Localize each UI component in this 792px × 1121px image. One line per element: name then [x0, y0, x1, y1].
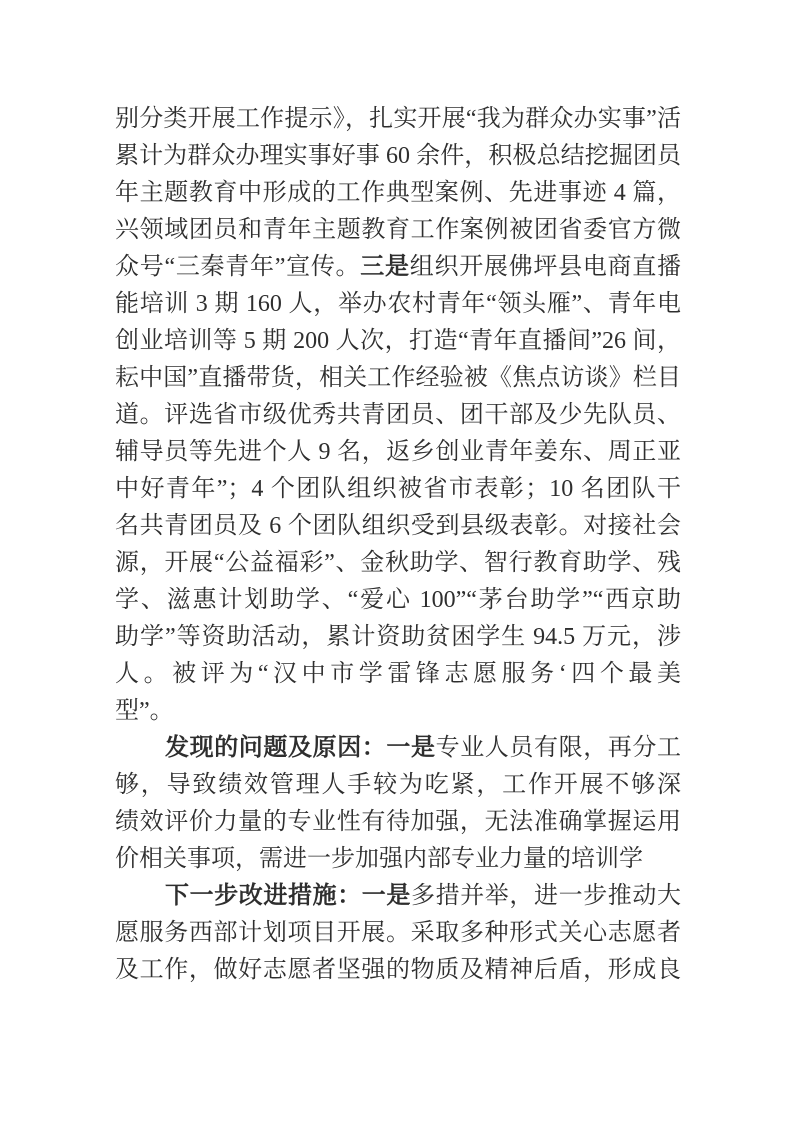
text-segment-bold: 发现的问题及原因：一是	[165, 735, 436, 761]
text-line: 价相关事项，需进一步加强内部专业力量的培训学习。	[115, 841, 681, 878]
text-line: 助学”等资助活动，累计资助贫困学生 94.5 万元，涉及 165	[115, 619, 681, 656]
text-segment: 中好青年”；4 个团队组织被省市表彰；10 名团队干部、10	[115, 476, 681, 508]
text-line: 愿服务西部计划项目开展。采取多种形式关心志愿者的生活	[115, 915, 681, 952]
text-line-section-problems: 发现的问题及原因：一是专业人员有限，再分工力度不	[115, 730, 681, 767]
text-segment: 源，开展“公益福彩”、金秋助学、智行教育助学、残疾人助	[115, 550, 681, 582]
text-line: 能培训 3 期 160 人，举办农村青年“领头雁”、青年电商培训、	[115, 286, 681, 323]
text-segment: 创业培训等 5 期 200 人次，打造“青年直播间”26 间，开展“青	[115, 328, 681, 360]
text-segment: 别分类开展工作提示》，扎实开展“我为群众办实事”活动，	[115, 106, 681, 138]
text-segment: 兴领域团员和青年主题教育工作案例被团省委官方微信公	[115, 217, 681, 249]
text-line: 年主题教育中形成的工作典型案例、先进事迹 4 篇，我县新	[115, 175, 681, 212]
text-line: 学、滋惠计划助学、“爱心 100”“茅台助学”“西京助学”“幻方	[115, 582, 681, 619]
text-line: 创业培训等 5 期 200 人次，打造“青年直播间”26 间，开展“青	[115, 323, 681, 360]
document-page: 别分类开展工作提示》，扎实开展“我为群众办实事”活动， 累计为群众办理实事好事 …	[0, 0, 792, 1121]
text-segment: 够，导致绩效管理人手较为吃紧，工作开展不够深入。	[115, 772, 681, 804]
text-segment: 名共青团员及 6 个团队组织受到县级表彰。对接社会爱心资	[115, 513, 681, 545]
document-body-text: 别分类开展工作提示》，扎实开展“我为群众办实事”活动， 累计为群众办理实事好事 …	[115, 101, 681, 989]
text-line: 型”。	[115, 693, 681, 730]
text-line: 兴领域团员和青年主题教育工作案例被团省委官方微信公	[115, 212, 681, 249]
text-line: 名共青团员及 6 个团队组织受到县级表彰。对接社会爱心资	[115, 508, 681, 545]
text-segment: 耘中国”直播带货，相关工作经验被《焦点访谈》栏目宣传报	[115, 365, 681, 397]
text-segment: 价相关事项，需进一步加强内部专业力量的培训学习。	[115, 846, 643, 878]
text-segment: 人。被评为“汉中市学雷锋志愿服务‘四个最美（佳）’先进典	[115, 661, 681, 693]
text-segment: 型”。	[115, 698, 174, 724]
text-line: 道。评选省市级优秀共青团员、团干部及少先队员、少先队	[115, 397, 681, 434]
text-segment: 愿服务西部计划项目开展。采取多种形式关心志愿者的生活	[115, 920, 681, 952]
text-segment: 助学”等资助活动，累计资助贫困学生 94.5 万元，涉及 165	[115, 624, 681, 656]
text-line: 耘中国”直播带货，相关工作经验被《焦点访谈》栏目宣传报	[115, 360, 681, 397]
text-line-section-next-steps: 下一步改进措施：一是多措并举，进一步推动大学生志	[115, 878, 681, 915]
text-line: 人。被评为“汉中市学雷锋志愿服务‘四个最美（佳）’先进典	[115, 656, 681, 693]
text-line: 别分类开展工作提示》，扎实开展“我为群众办实事”活动，	[115, 101, 681, 138]
text-line: 绩效评价力量的专业性有待加强，无法准确掌握运用绩效评	[115, 804, 681, 841]
text-segment: 道。评选省市级优秀共青团员、团干部及少先队员、少先队	[115, 402, 681, 434]
text-line: 众号“三秦青年”宣传。三是组织开展佛坪县电商直播人才技	[115, 249, 681, 286]
text-line: 够，导致绩效管理人手较为吃紧，工作开展不够深入。二是	[115, 767, 681, 804]
text-segment: 众号“三秦青年”宣传。	[115, 254, 360, 280]
text-segment: 年主题教育中形成的工作典型案例、先进事迹 4 篇，我县新	[115, 180, 681, 212]
text-segment: 学、滋惠计划助学、“爱心 100”“茅台助学”“西京助学”“幻方	[115, 587, 681, 619]
text-segment: 及工作，做好志愿者坚强的物质及精神后盾，形成良好的意	[115, 957, 681, 989]
text-segment: 绩效评价力量的专业性有待加强，无法准确掌握运用绩效评	[115, 809, 681, 841]
text-line: 累计为群众办理实事好事 60 余件，积极总结挖掘团员和青	[115, 138, 681, 175]
text-segment-bold: 下一步改进措施：一是	[165, 883, 411, 909]
text-segment: 累计为群众办理实事好事 60 余件，积极总结挖掘团员和青	[115, 143, 681, 175]
text-segment: 能培训 3 期 160 人，举办农村青年“领头雁”、青年电商培训、	[115, 291, 681, 323]
text-segment-bold: 三是	[360, 254, 409, 280]
text-line: 源，开展“公益福彩”、金秋助学、智行教育助学、残疾人助	[115, 545, 681, 582]
text-line: 中好青年”；4 个团队组织被省市表彰；10 名团队干部、10	[115, 471, 681, 508]
text-line: 辅导员等先进个人 9 名，返乡创业青年姜东、周正亚当选“汉	[115, 434, 681, 471]
text-segment: 辅导员等先进个人 9 名，返乡创业青年姜东、周正亚当选“汉	[115, 439, 681, 471]
text-line: 及工作，做好志愿者坚强的物质及精神后盾，形成良好的意	[115, 952, 681, 989]
